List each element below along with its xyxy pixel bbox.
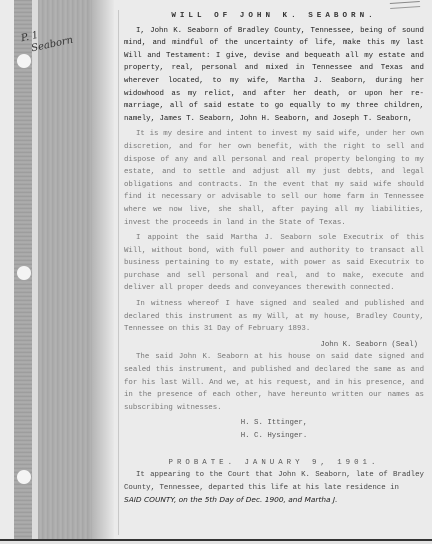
scan-margin-fade bbox=[92, 0, 114, 540]
paragraph-witness-clause: In witness whereof I have signed and sea… bbox=[124, 298, 424, 336]
probate-title: PROBATE. JANUARY 9, 1901. bbox=[124, 457, 424, 470]
witness-2: H. C. Hysinger. bbox=[124, 430, 424, 443]
document-page: P. 1 Seaborn WILL OF JOHN K. SEABORN. I,… bbox=[0, 0, 432, 540]
margin-rule bbox=[118, 10, 119, 535]
probate-handwritten-line: SAID COUNTY, on the 5th Day of Dec. 1900… bbox=[124, 494, 424, 507]
witness-1: H. S. Ittinger, bbox=[124, 417, 424, 430]
probate-text: It appearing to the Court that John K. S… bbox=[124, 469, 424, 494]
paragraph-desire: It is my desire and intent to invest my … bbox=[124, 128, 424, 229]
paragraph-attestation: The said John K. Seaborn at his house on… bbox=[124, 351, 424, 414]
testator-signature: John K. Seaborn (Seal) bbox=[124, 339, 424, 352]
scan-margin-shadow-2 bbox=[38, 0, 92, 540]
scan-bottom-edge bbox=[0, 539, 432, 541]
paragraph-bequest: I, John K. Seaborn of Bradley County, Te… bbox=[124, 25, 424, 126]
corner-mark bbox=[390, 1, 420, 9]
paragraph-executrix: I appoint the said Martha J. Seaborn sol… bbox=[124, 232, 424, 295]
punch-hole-bottom bbox=[17, 470, 31, 484]
punch-hole-middle bbox=[17, 266, 31, 280]
document-title: WILL OF JOHN K. SEABORN. bbox=[124, 10, 424, 23]
document-body: WILL OF JOHN K. SEABORN. I, John K. Seab… bbox=[124, 10, 424, 507]
